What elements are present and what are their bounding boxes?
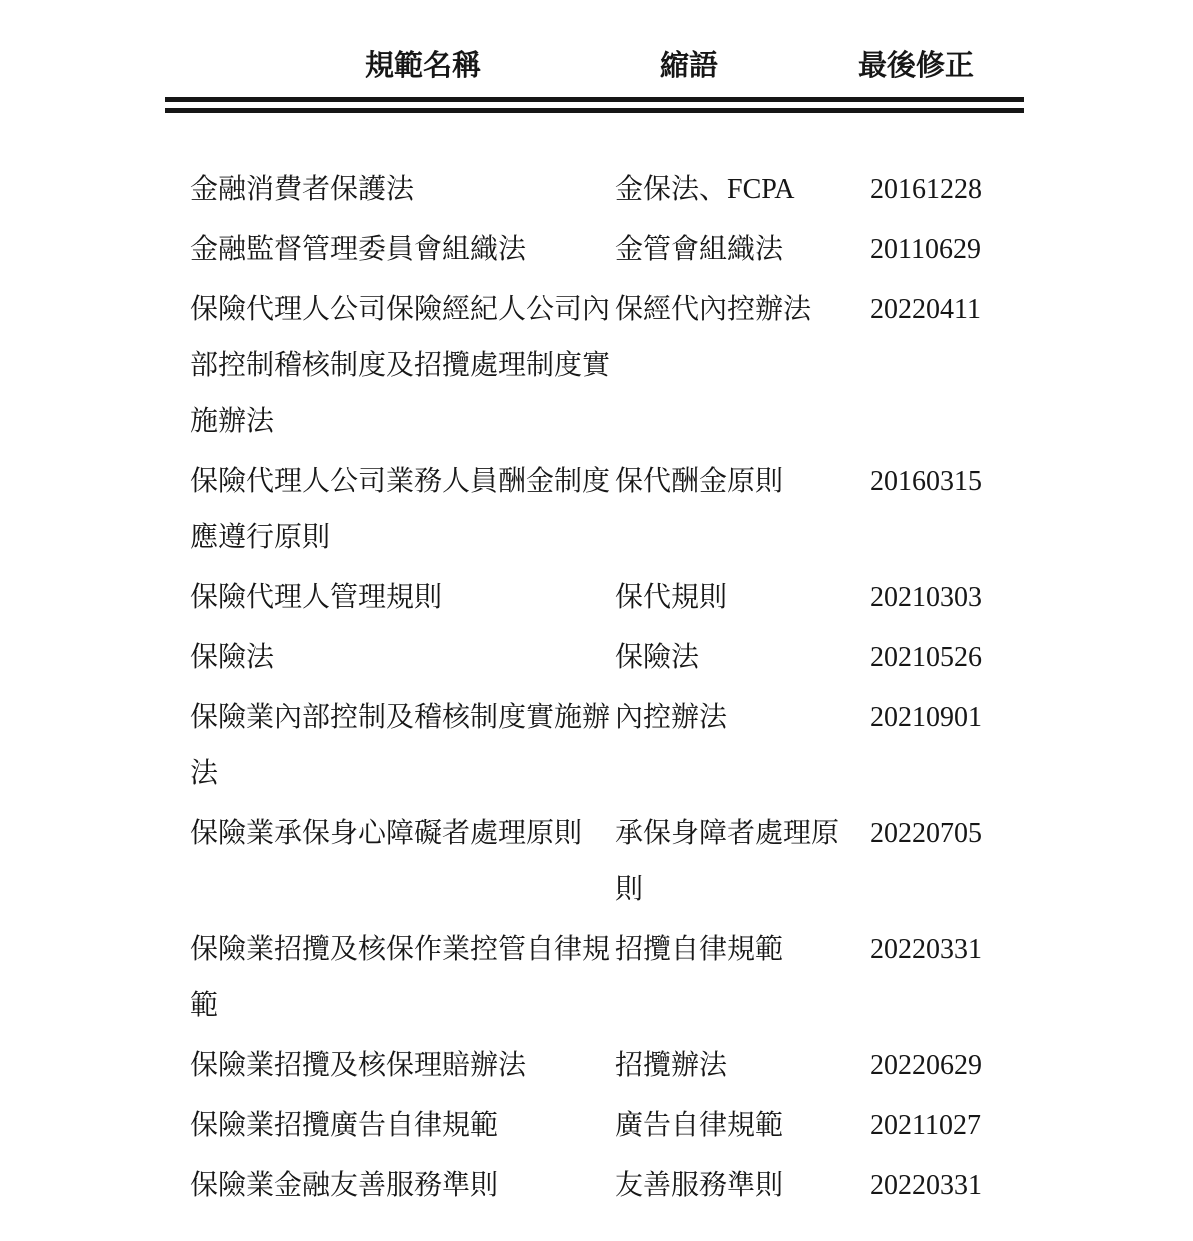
table-header-row: 規範名稱 縮語 最後修正 [165, 44, 1024, 105]
abbreviation-cell: 保險法 [615, 630, 855, 690]
last-amended-cell: 20220705 [855, 806, 1024, 922]
regulation-name-cell: 金融消費者保護法 [165, 105, 615, 222]
table-row: 保險代理人公司保險經紀人公司內部控制稽核制度及招攬處理制度實施辦法 保經代內控辦… [165, 282, 1024, 454]
table-row: 保險業招攬廣告自律規範 廣告自律規範 20211027 [165, 1098, 1024, 1158]
regulation-name-cell: 保險代理人管理規則 [165, 570, 615, 630]
regulation-name-cell: 保險代理人公司保險經紀人公司內部控制稽核制度及招攬處理制度實施辦法 [165, 282, 615, 454]
abbreviation-cell: 金保法、FCPA [615, 105, 855, 222]
column-header-regulation-name: 規範名稱 [165, 44, 615, 105]
abbreviation-cell: 保代規則 [615, 570, 855, 630]
regulation-name-cell: 保險代理人公司業務人員酬金制度應遵行原則 [165, 454, 615, 570]
abbreviation-cell: 保經代內控辦法 [615, 282, 855, 454]
table-row: 保險業內部控制及稽核制度實施辦法 內控辦法 20210901 [165, 690, 1024, 806]
last-amended-cell: 20210526 [855, 630, 1024, 690]
last-amended-cell: 20210303 [855, 570, 1024, 630]
regulation-name-cell: 保險業內部控制及稽核制度實施辦法 [165, 690, 615, 806]
last-amended-cell: 20220331 [855, 1158, 1024, 1218]
column-header-abbreviation: 縮語 [615, 44, 855, 105]
abbreviation-cell: 承保身障者處理原則 [615, 806, 855, 922]
abbreviation-cell: 廣告自律規範 [615, 1098, 855, 1158]
table-row: 金融消費者保護法 金保法、FCPA 20161228 [165, 105, 1024, 222]
column-header-last-amended: 最後修正 [855, 44, 1024, 105]
abbreviation-cell: 保代酬金原則 [615, 454, 855, 570]
table-header: 規範名稱 縮語 最後修正 [165, 44, 1024, 105]
last-amended-cell: 20210901 [855, 690, 1024, 806]
last-amended-cell: 20110629 [855, 222, 1024, 282]
abbreviation-cell: 招攬辦法 [615, 1038, 855, 1098]
abbreviation-cell: 招攬自律規範 [615, 922, 855, 1038]
table-row: 保險業金融友善服務準則 友善服務準則 20220331 [165, 1158, 1024, 1218]
regulation-name-cell: 保險業招攬及核保作業控管自律規範 [165, 922, 615, 1038]
last-amended-cell: 20220411 [855, 282, 1024, 454]
last-amended-cell: 20220629 [855, 1038, 1024, 1098]
table-row: 保險法 保險法 20210526 [165, 630, 1024, 690]
last-amended-cell: 20160315 [855, 454, 1024, 570]
last-amended-cell: 20211027 [855, 1098, 1024, 1158]
table-row: 金融監督管理委員會組織法 金管會組織法 20110629 [165, 222, 1024, 282]
table-row: 保險業招攬及核保理賠辦法 招攬辦法 20220629 [165, 1038, 1024, 1098]
abbreviation-cell: 內控辦法 [615, 690, 855, 806]
table-row: 保險業招攬及核保作業控管自律規範 招攬自律規範 20220331 [165, 922, 1024, 1038]
regulation-name-cell: 保險業招攬廣告自律規範 [165, 1098, 615, 1158]
table-row: 保險代理人公司業務人員酬金制度應遵行原則 保代酬金原則 20160315 [165, 454, 1024, 570]
table-row: 保險代理人管理規則 保代規則 20210303 [165, 570, 1024, 630]
last-amended-cell: 20220331 [855, 922, 1024, 1038]
regulations-table: 規範名稱 縮語 最後修正 金融消費者保護法 金保法、FCPA 20161228 … [165, 44, 1024, 1218]
regulation-name-cell: 金融監督管理委員會組織法 [165, 222, 615, 282]
last-amended-cell: 20161228 [855, 105, 1024, 222]
abbreviation-cell: 金管會組織法 [615, 222, 855, 282]
regulation-name-cell: 保險法 [165, 630, 615, 690]
document-page: 規範名稱 縮語 最後修正 金融消費者保護法 金保法、FCPA 20161228 … [0, 0, 1193, 1241]
abbreviation-cell: 友善服務準則 [615, 1158, 855, 1218]
regulation-name-cell: 保險業招攬及核保理賠辦法 [165, 1038, 615, 1098]
table-row: 保險業承保身心障礙者處理原則 承保身障者處理原則 20220705 [165, 806, 1024, 922]
regulation-name-cell: 保險業承保身心障礙者處理原則 [165, 806, 615, 922]
regulation-name-cell: 保險業金融友善服務準則 [165, 1158, 615, 1218]
table-body: 金融消費者保護法 金保法、FCPA 20161228 金融監督管理委員會組織法 … [165, 105, 1024, 1218]
